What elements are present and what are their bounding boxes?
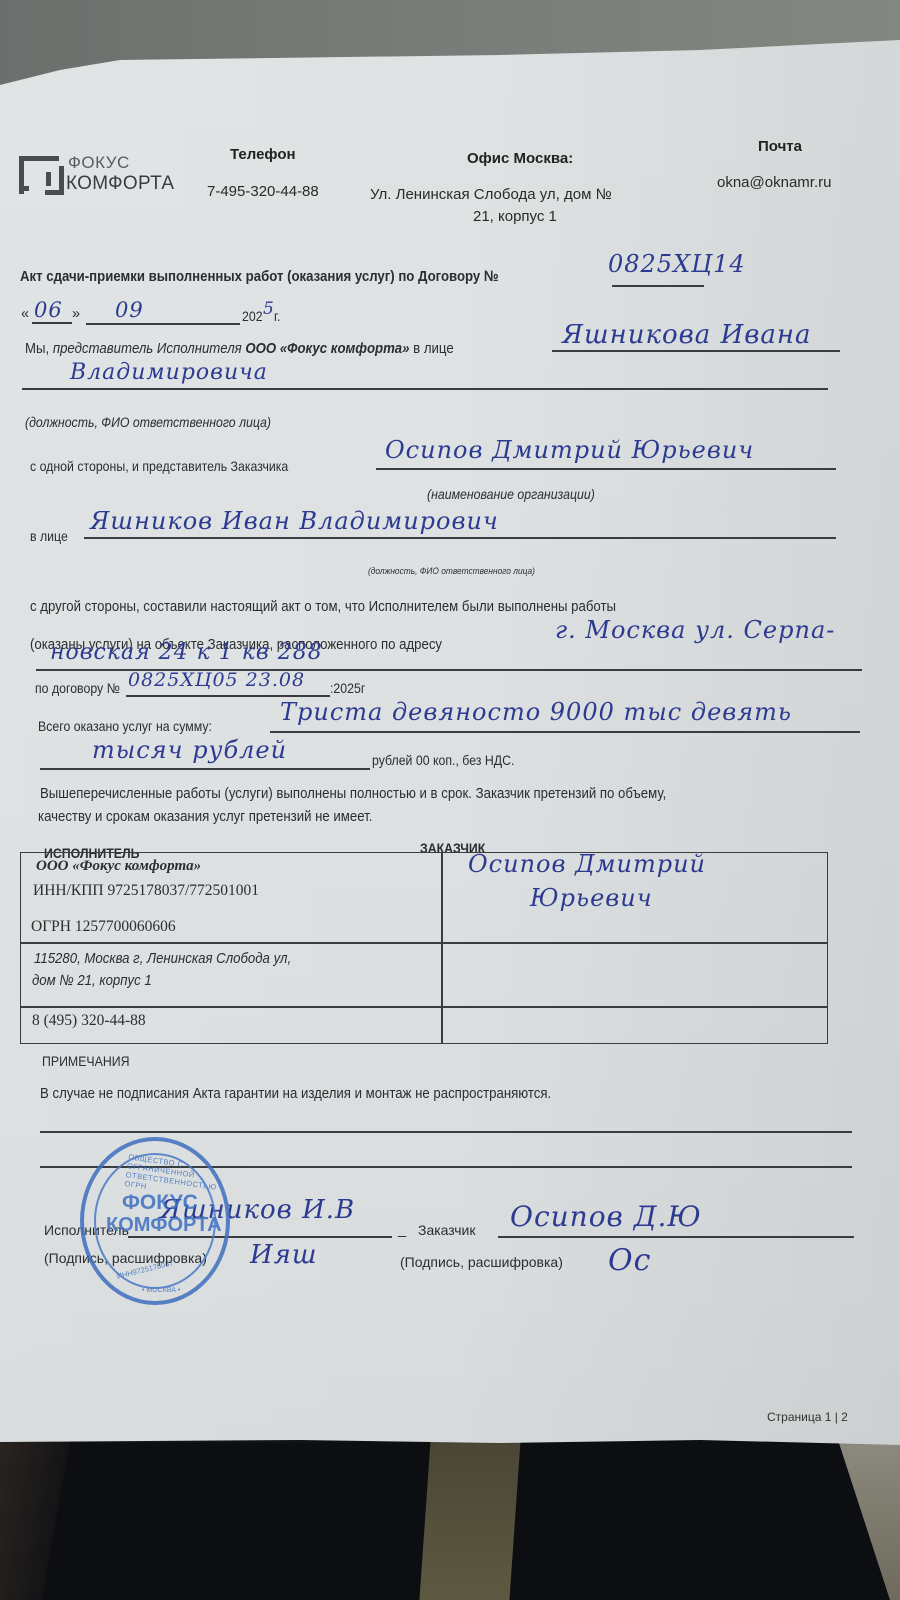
sum-label: Всего оказано услуг на сумму: (38, 718, 212, 734)
office-label: Офис Москва: (467, 150, 573, 167)
logo-line-1: ФОКУС (68, 153, 130, 173)
company-stamp: ОБЩЕСТВО С ОГРАНИЧЕННОЙ ОТВЕТСТВЕННОСТЬЮ… (80, 1137, 230, 1305)
email-value: okna@oknamr.ru (717, 174, 831, 191)
date-month-handwritten: 09 (115, 298, 144, 322)
sum-handwritten-2: тысяч рублей (92, 736, 287, 764)
contract-number-handwritten: 0825ХЦ14 (608, 250, 746, 278)
customer-line-label: с одной стороны, и представитель Заказчи… (30, 458, 288, 474)
date-day-handwritten: 06 (34, 298, 63, 322)
executor-name-line-2 (22, 388, 828, 390)
sum-line-1 (270, 731, 860, 733)
stamp-name-2: КОМФОРТА (106, 1214, 222, 1237)
date-year-prefix: 202 (242, 308, 263, 324)
email-label: Почта (758, 138, 802, 155)
executor-name-handwritten-2: Владимировича (70, 360, 268, 385)
customer-sign-line (498, 1236, 854, 1238)
customer-sign-label: Заказчик (418, 1222, 476, 1238)
stamp-name-1: ФОКУС (122, 1191, 198, 1215)
executor-name-line-1 (552, 350, 840, 352)
table-row-divider (21, 1006, 827, 1008)
face-name-line (84, 537, 836, 539)
office-address-line-2: 21, корпус 1 (473, 208, 557, 225)
address-handwritten-2: новская 24 к 1 кв 288 (50, 640, 323, 665)
customer-name-table-handwritten-1: Осипов Дмитрий (468, 850, 706, 878)
organization-caption: (наименование организации) (427, 486, 595, 502)
contract-ref-line (126, 695, 330, 697)
day-line (32, 322, 72, 324)
fabric-stripe (419, 1440, 520, 1600)
executor-phone: 8 (495) 320-44-88 (32, 1012, 146, 1030)
customer-sign-caption: (Подпись, расшифровка) (400, 1254, 563, 1270)
customer-name-table-handwritten-2: Юрьевич (530, 884, 653, 912)
contract-ref-year: :2025г (330, 680, 365, 696)
intro-suffix: в лице (410, 340, 454, 357)
background-fabric (0, 1440, 900, 1600)
page-number: Страница 1 | 2 (767, 1410, 848, 1424)
contract-ref-label: по договору № (35, 680, 120, 696)
customer-sign-handwritten: Осипов Д.Ю (510, 1200, 702, 1233)
month-line (86, 323, 240, 325)
face-caption: (должность, ФИО ответственного лица) (368, 566, 535, 577)
executor-address-1: 115280, Москва г, Ленинская Слобода ул, (34, 950, 291, 967)
phone-value: 7-495-320-44-88 (207, 183, 319, 200)
signature-dash: _ (398, 1222, 406, 1238)
address-handwritten-1: г. Москва ул. Серпа- (555, 616, 835, 644)
contract-number-line (612, 285, 704, 287)
table-divider (441, 853, 443, 1043)
face-name-handwritten: Яшников Иван Владимирович (90, 507, 499, 535)
company-logo: ФОКУС КОМФОРТА (19, 152, 189, 198)
intro-prefix: Мы, (25, 340, 53, 357)
contract-ref-handwritten: 0825ХЦ05 23.08 (128, 669, 305, 691)
executor-signature: Ияш (250, 1240, 318, 1270)
executor-ogrn: ОГРН 1257700060606 (31, 918, 176, 936)
stamp-city: • МОСКВА • (142, 1287, 180, 1294)
notes-line-1 (40, 1131, 852, 1133)
statement-works-performed: с другой стороны, составили настоящий ак… (30, 598, 616, 615)
statement-completion-1: Вышеперечисленные работы (услуги) выполн… (40, 785, 666, 802)
executor-intro: Мы, представитель Исполнителя ООО «Фокус… (25, 340, 454, 357)
table-row-divider (21, 942, 827, 944)
face-label: в лице (30, 528, 68, 544)
statement-completion-2: качеству и срокам оказания услуг претенз… (38, 808, 372, 825)
executor-inn-kpp: ИНН/КПП 9725178037/772501001 (33, 882, 259, 900)
notes-text: В случае не подписания Акта гарантии на … (40, 1085, 551, 1102)
act-title: Акт сдачи-приемки выполненных работ (ока… (20, 268, 499, 285)
fabric-stripe (838, 1440, 900, 1600)
executor-company-name: ООО «Фокус комфорта» (245, 340, 409, 357)
sum-handwritten-1: Триста девяносто 9000 тыс девять (280, 698, 792, 726)
date-year-suffix: г. (274, 308, 280, 324)
date-open-quote: « (21, 306, 29, 322)
notes-heading: ПРИМЕЧАНИЯ (42, 1053, 129, 1069)
logo-line-2: КОМФОРТА (66, 173, 174, 195)
sum-line-2 (40, 768, 370, 770)
customer-name-handwritten: Осипов Дмитрий Юрьевич (385, 436, 754, 464)
customer-name-line (376, 468, 836, 470)
executor-caption: (должность, ФИО ответственного лица) (25, 414, 271, 430)
executor-address-2: дом № 21, корпус 1 (32, 972, 152, 989)
date-close-quote: » (72, 306, 80, 322)
executor-name-handwritten-1: Яшникова Ивана (562, 320, 812, 350)
intro-italic: представитель Исполнителя (53, 340, 246, 357)
phone-label: Телефон (230, 146, 296, 163)
sum-suffix: рублей 00 коп., без НДС. (372, 752, 514, 768)
customer-signature: Ос (608, 1243, 651, 1278)
office-address-line-1: Ул. Ленинская Слобода ул, дом № (370, 186, 612, 203)
fabric-edge (0, 1440, 70, 1600)
executor-company: ООО «Фокус комфорта» (36, 858, 201, 875)
